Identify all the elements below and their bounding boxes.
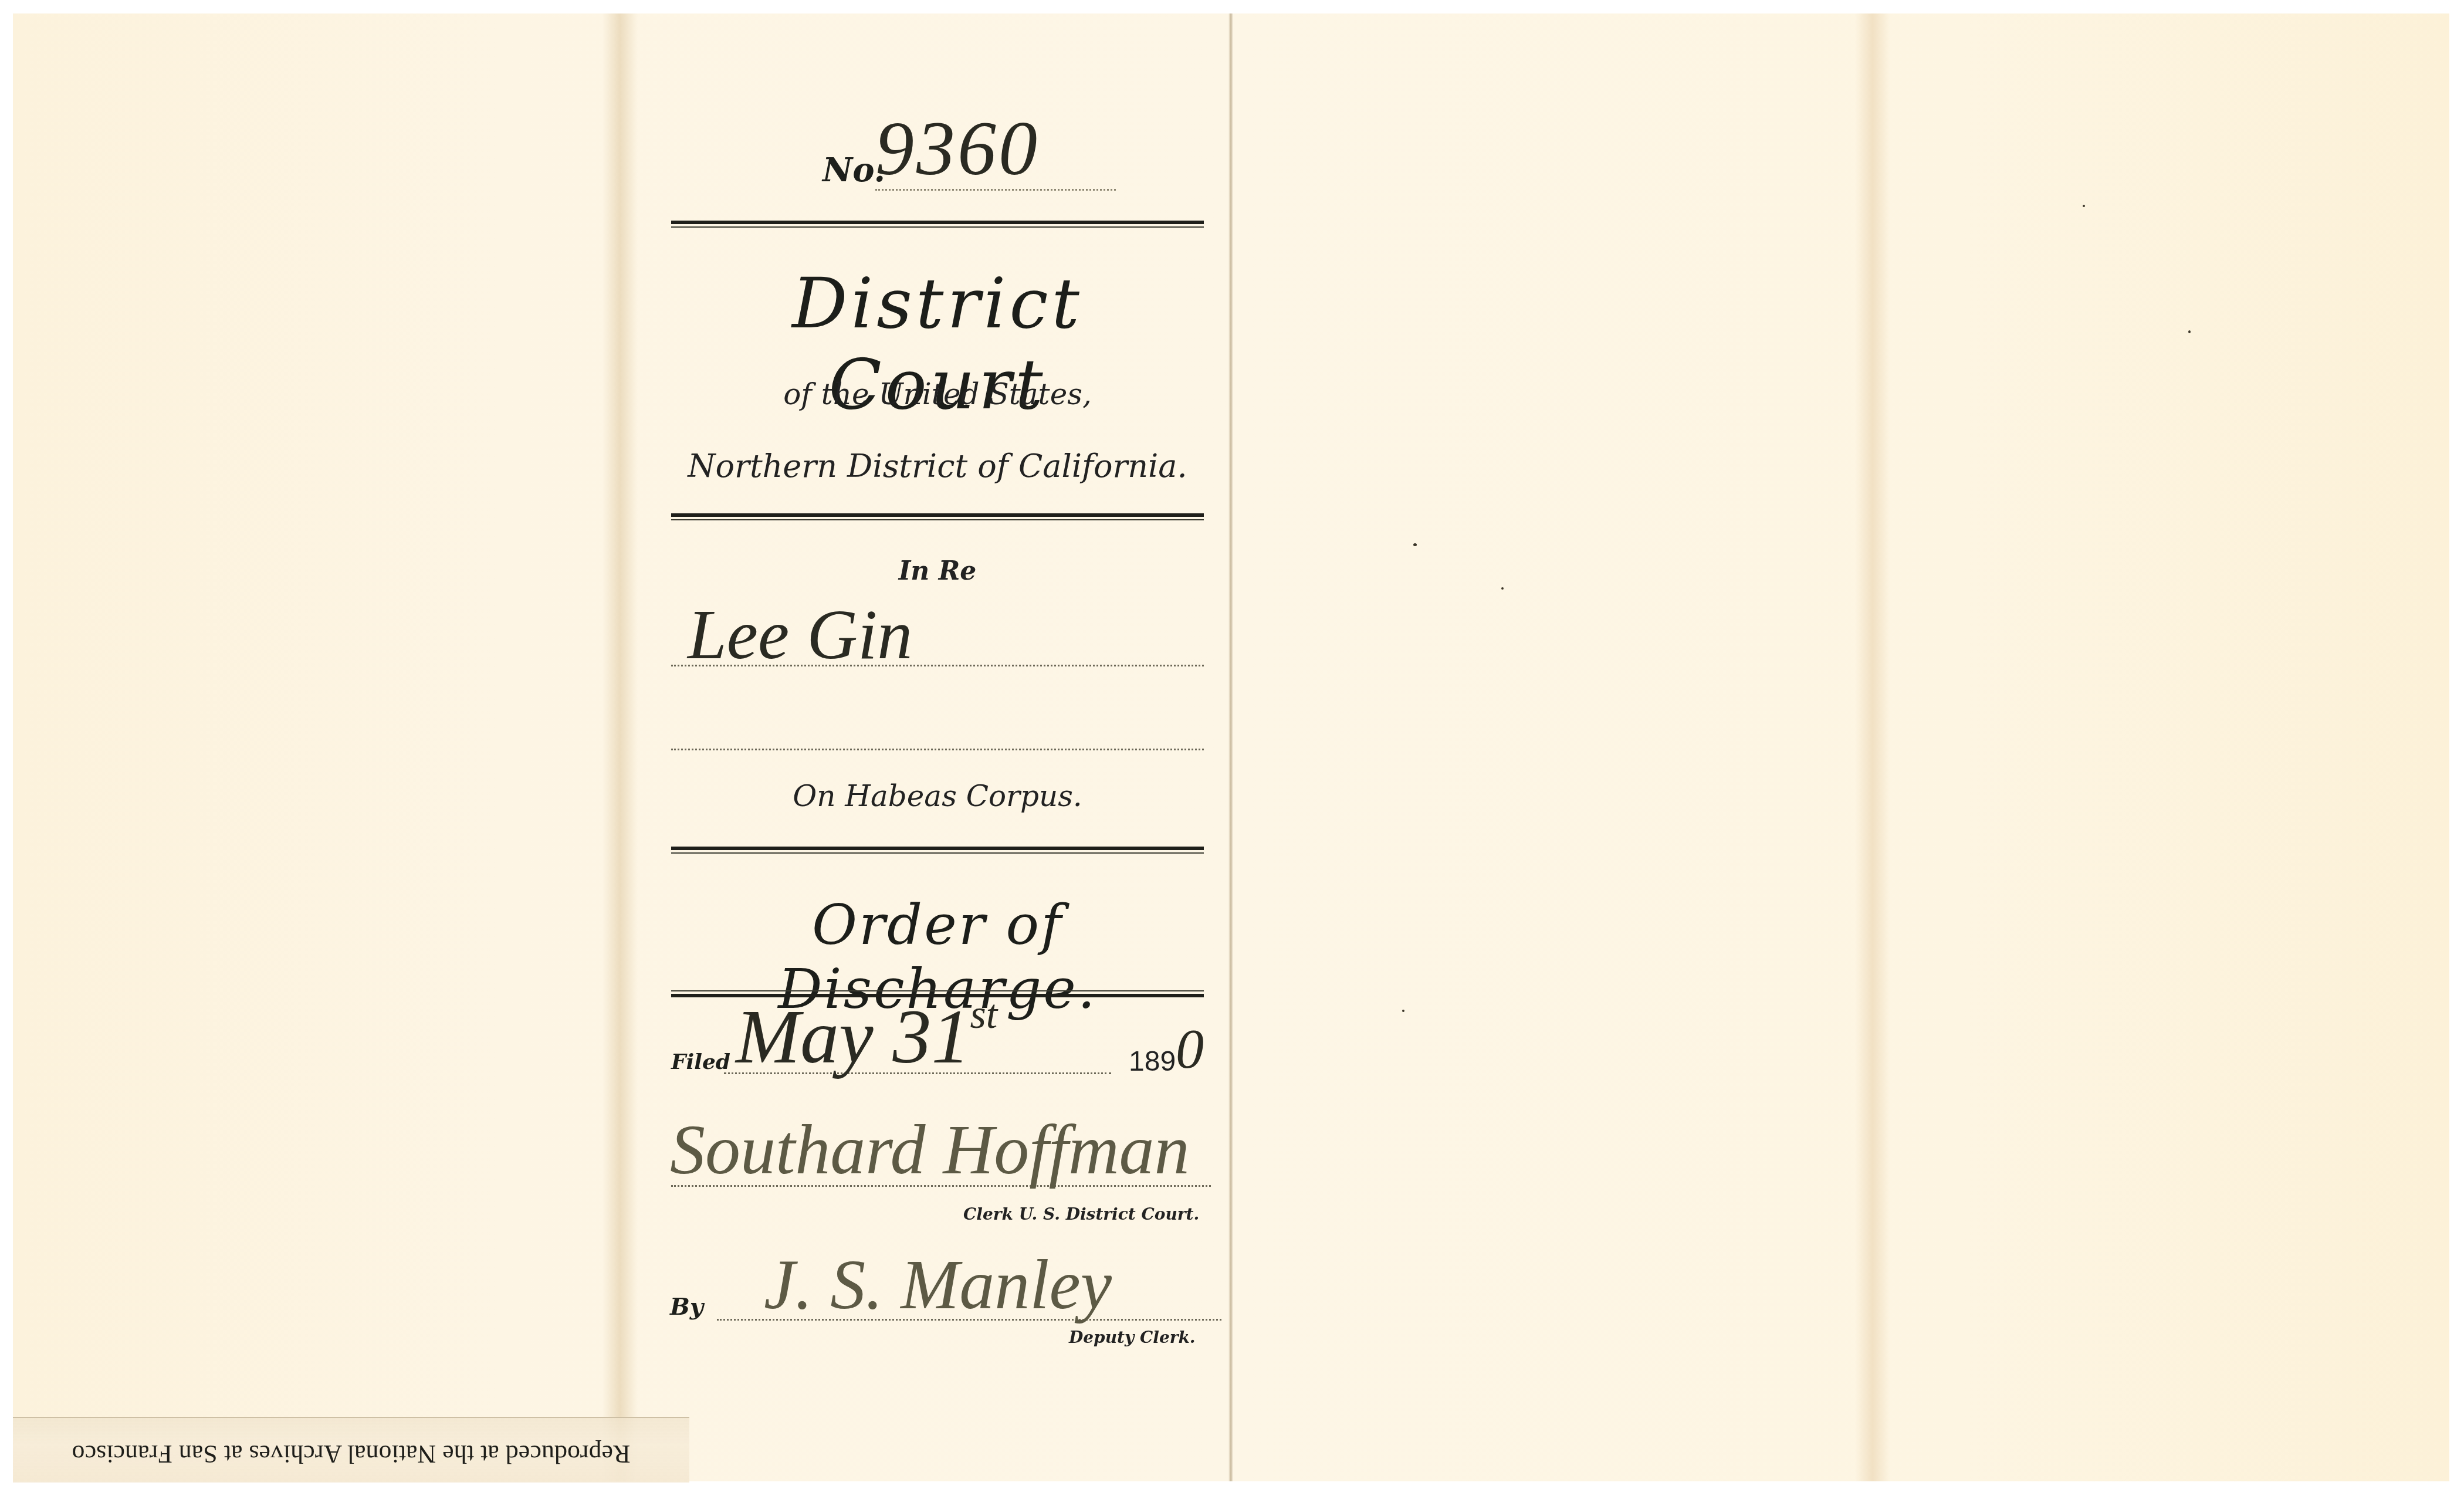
case-number: No. 9360 [823, 113, 1116, 201]
in-re-label: In Re [671, 556, 1204, 586]
fold-line-right [1855, 13, 1890, 1481]
proceeding-type: On Habeas Corpus. [671, 779, 1204, 813]
deputy-signature-row: By J. S. Manley [658, 1240, 1221, 1333]
party-name-dotted-line [671, 665, 1204, 666]
paper-speck [1413, 543, 1417, 546]
filed-date-row: Filed May 31st 189 0 [671, 1005, 1258, 1087]
divider-rule-3 [671, 847, 1204, 854]
paper-speck [2083, 205, 2085, 207]
court-subtitle-1: of the United States, [671, 377, 1204, 411]
filed-year-printed: 189 [1129, 1045, 1176, 1078]
clerk-signature-row: Southard Hoffman [664, 1116, 1216, 1199]
divider-rule-2 [671, 513, 1204, 520]
filed-date-text: May 31 [736, 993, 970, 1079]
divider-rule-1 [671, 221, 1204, 228]
clerk-title: Clerk U. S. District Court. [963, 1204, 1199, 1224]
deputy-signature: J. S. Manley [764, 1244, 1112, 1325]
filed-date-suffix: st [970, 992, 998, 1037]
paper-speck [1402, 1010, 1404, 1012]
party-name-dotted-line-2 [671, 749, 1204, 750]
party-name: Lee Gin [688, 594, 912, 675]
paper-speck [2188, 330, 2191, 333]
filed-date: May 31st [736, 991, 997, 1081]
fold-line-left [603, 13, 638, 1481]
deputy-title: Deputy Clerk. [1069, 1328, 1196, 1347]
filed-year-handwritten: 0 [1176, 1016, 1204, 1081]
case-number-value: 9360 [875, 103, 1040, 193]
clerk-signature: Southard Hoffman [670, 1109, 1190, 1190]
filed-label: Filed [671, 1050, 730, 1074]
fold-line-center [1228, 13, 1233, 1481]
archive-label-text: Reproduced at the National Archives at S… [13, 1439, 689, 1469]
deputy-by-label: By [670, 1293, 703, 1321]
court-subtitle-2: Northern District of California. [671, 448, 1204, 485]
document-paper: No. 9360 District Court of the United St… [13, 13, 2449, 1481]
cover-panel: No. 9360 District Court of the United St… [658, 13, 1204, 1481]
archive-reproduction-label: Reproduced at the National Archives at S… [13, 1417, 689, 1483]
paper-speck [1501, 587, 1504, 590]
